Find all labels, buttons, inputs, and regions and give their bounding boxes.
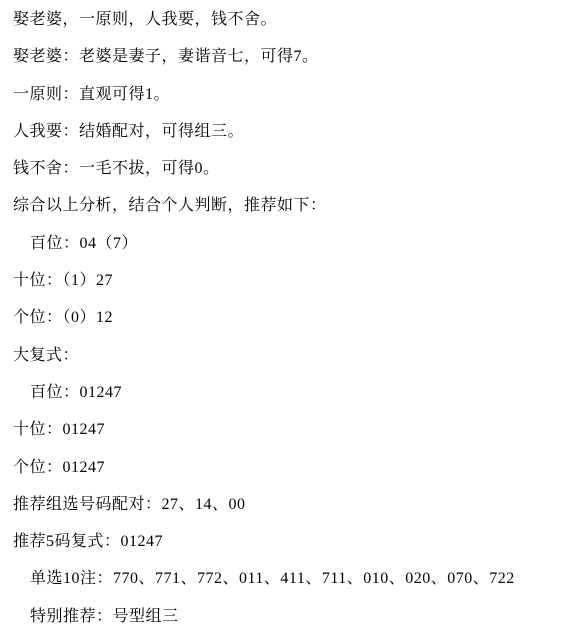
document-body: 娶老婆，一原则，人我要，钱不舍。 娶老婆：老婆是妻子，妻谐音七，可得7。 一原则… xyxy=(13,1,572,635)
text-line: 单选10注：770、771、772、011、411、711、010、020、07… xyxy=(13,560,572,597)
text-line: 个位：01247 xyxy=(13,449,572,486)
text-line: 综合以上分析，结合个人判断，推荐如下： xyxy=(13,187,572,224)
text-line: 百位：04（7） xyxy=(13,225,572,262)
text-line: 娶老婆，一原则，人我要，钱不舍。 xyxy=(13,1,572,38)
text-line: 一原则：直观可得1。 xyxy=(13,76,572,113)
text-line: 推荐5码复式：01247 xyxy=(13,523,572,560)
text-line: 特别推荐：号型组三 xyxy=(13,598,572,635)
text-line: 十位：01247 xyxy=(13,411,572,448)
text-line: 个位：（0）12 xyxy=(13,299,572,336)
text-line: 十位：（1）27 xyxy=(13,262,572,299)
text-line: 钱不舍：一毛不拔，可得0。 xyxy=(13,150,572,187)
text-line: 娶老婆：老婆是妻子，妻谐音七，可得7。 xyxy=(13,38,572,75)
text-line: 人我要：结婚配对，可得组三。 xyxy=(13,113,572,150)
document-page: 娶老婆，一原则，人我要，钱不舍。 娶老婆：老婆是妻子，妻谐音七，可得7。 一原则… xyxy=(0,0,578,635)
text-line: 大复式： xyxy=(13,337,572,374)
text-line: 推荐组选号码配对：27、14、00 xyxy=(13,486,572,523)
text-line: 百位：01247 xyxy=(13,374,572,411)
